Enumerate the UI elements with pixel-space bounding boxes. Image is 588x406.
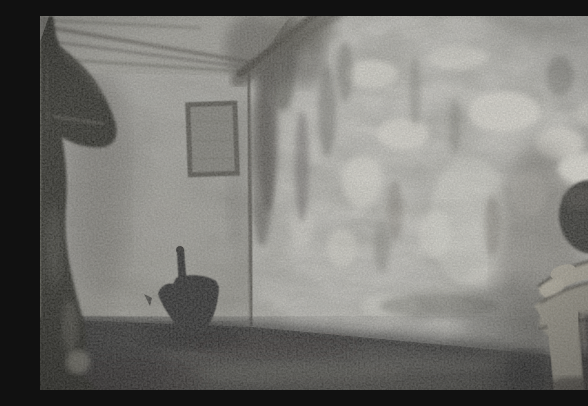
photograph: derelict cell with peeling plaster walls… <box>40 16 588 390</box>
scene <box>40 16 588 390</box>
photo-canvas: derelict cell with peeling plaster walls… <box>40 16 588 390</box>
vignette <box>40 16 588 390</box>
